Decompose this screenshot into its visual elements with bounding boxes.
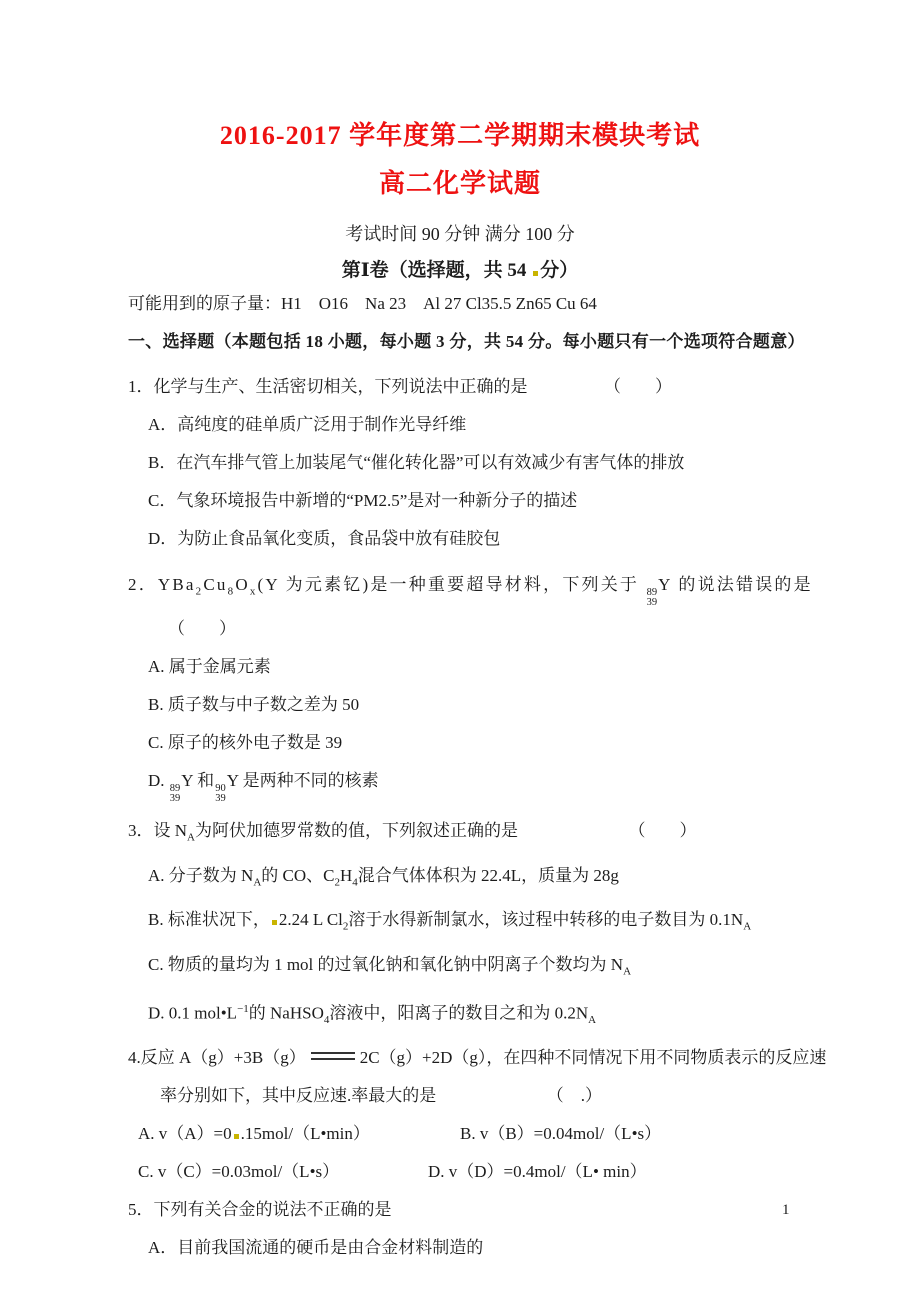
question-5-stem: 5．下列有关合金的说法不正确的是 [128, 1191, 792, 1229]
nuclide-89-39-icon: 8939 [647, 588, 658, 608]
stray-yellow-mark [272, 920, 277, 925]
question-1-option-a: A．高纯度的硅单质广泛用于制作光导纤维 [128, 406, 792, 444]
question-4-stem-line1: 4.反应 A（g）+3B（g）2C（g）+2D（g），在四种不同情况下用不同物质… [128, 1039, 792, 1077]
question-3-option-d: D. 0.1 mol•L−1的 NaHSO4溶液中，阳离子的数目之和为 0.2N… [128, 990, 792, 1039]
question-1-option-c: C．气象环境报告中新增的“PM2.5”是对一种新分子的描述 [128, 482, 792, 520]
question-1-option-d: D．为防止食品氧化变质，食品袋中放有硅胶包 [128, 520, 792, 558]
question-1-option-b: B．在汽车排气管上加装尾气“催化转化器”可以有效减少有害气体的排放 [128, 444, 792, 482]
question-4-options-row-1: A. v（A）=0.15mol/（L•min） B. v（B）=0.04mol/… [128, 1115, 792, 1153]
question-4-option-b: B. v（B）=0.04mol/（L•s） [460, 1115, 661, 1153]
question-1-stem: 1．化学与生产、生活密切相关，下列说法中正确的是 （ ） [128, 368, 792, 406]
exam-title: 2016-2017 学年度第二学期期末模块考试 [128, 120, 792, 152]
exam-document-page: 2016-2017 学年度第二学期期末模块考试 高二化学试题 考试时间 90 分… [0, 0, 920, 1302]
nuclide-90-39-icon: 9039 [215, 784, 226, 804]
part1-title: 第Ⅰ卷（选择题，共 54 分） [128, 258, 792, 284]
question-3-option-b: B. 标准状况下，2.24 L Cl2溶于水得新制氯水，该过程中转移的电子数目为… [128, 901, 792, 945]
question-3-stem: 3．设 NA为阿伏加德罗常数的值，下列叙述正确的是 （ ） [128, 812, 792, 856]
question-4-options-row-2: C. v（C）=0.03mol/（L•s） D. v（D）=0.4mol/（L•… [128, 1153, 792, 1191]
question-4-option-c: C. v（C）=0.03mol/（L•s） [128, 1153, 428, 1191]
question-2-stem: 2．YBa2Cu8Ox(Y 为元素钇)是一种重要超导材料，下列关于 8939Y … [128, 566, 792, 610]
question-2-option-a: A. 属于金属元素 [128, 648, 792, 686]
question-3: 3．设 NA为阿伏加德罗常数的值，下列叙述正确的是 （ ） A. 分子数为 NA… [128, 812, 792, 1039]
question-1: 1．化学与生产、生活密切相关，下列说法中正确的是 （ ） A．高纯度的硅单质广泛… [128, 368, 792, 558]
question-2-answer-brackets: （ ） [128, 610, 792, 648]
question-2-option-d: D. 8939Y 和9039Y 是两种不同的核素 [128, 762, 792, 804]
stray-yellow-mark [533, 271, 538, 276]
question-3-option-c: C. 物质的量均为 1 mol 的过氧化钠和氧化钠中阴离子个数均为 NA [128, 946, 792, 990]
nuclide-89-39-icon: 8939 [170, 784, 181, 804]
exam-duration-info: 考试时间 90 分钟 满分 100 分 [128, 222, 792, 246]
stray-yellow-mark [234, 1134, 239, 1139]
exam-subtitle: 高二化学试题 [128, 168, 792, 200]
question-5-option-a: A．目前我国流通的硬币是由合金材料制造的 [128, 1229, 792, 1267]
question-4: 4.反应 A（g）+3B（g）2C（g）+2D（g），在四种不同情况下用不同物质… [128, 1039, 792, 1191]
question-4-stem-line2: 率分别如下，其中反应速.率最大的是 （ .） [128, 1077, 792, 1115]
question-2: 2．YBa2Cu8Ox(Y 为元素钇)是一种重要超导材料，下列关于 8939Y … [128, 566, 792, 804]
question-3-option-a: A. 分子数为 NA的 CO、C2H4混合气体体积为 22.4L，质量为 28g [128, 857, 792, 901]
question-4-option-a: A. v（A）=0.15mol/（L•min） [128, 1115, 460, 1153]
question-5: 5．下列有关合金的说法不正确的是 A．目前我国流通的硬币是由合金材料制造的 [128, 1191, 792, 1267]
multiple-choice-section-header: 一、选择题（本题包括 18 小题，每小题 3 分，共 54 分。每小题只有一个选… [128, 330, 792, 354]
atomic-masses-line: 可能用到的原子量：H1 O16 Na 23 Al 27 Cl35.5 Zn65 … [128, 292, 792, 316]
question-2-option-c: C. 原子的核外电子数是 39 [128, 724, 792, 762]
page-number: 1 [782, 1200, 790, 1220]
question-4-option-d: D. v（D）=0.4mol/（L• min） [428, 1153, 647, 1191]
question-2-option-b: B. 质子数与中子数之差为 50 [128, 686, 792, 724]
equilibrium-arrow-icon [311, 1052, 355, 1060]
